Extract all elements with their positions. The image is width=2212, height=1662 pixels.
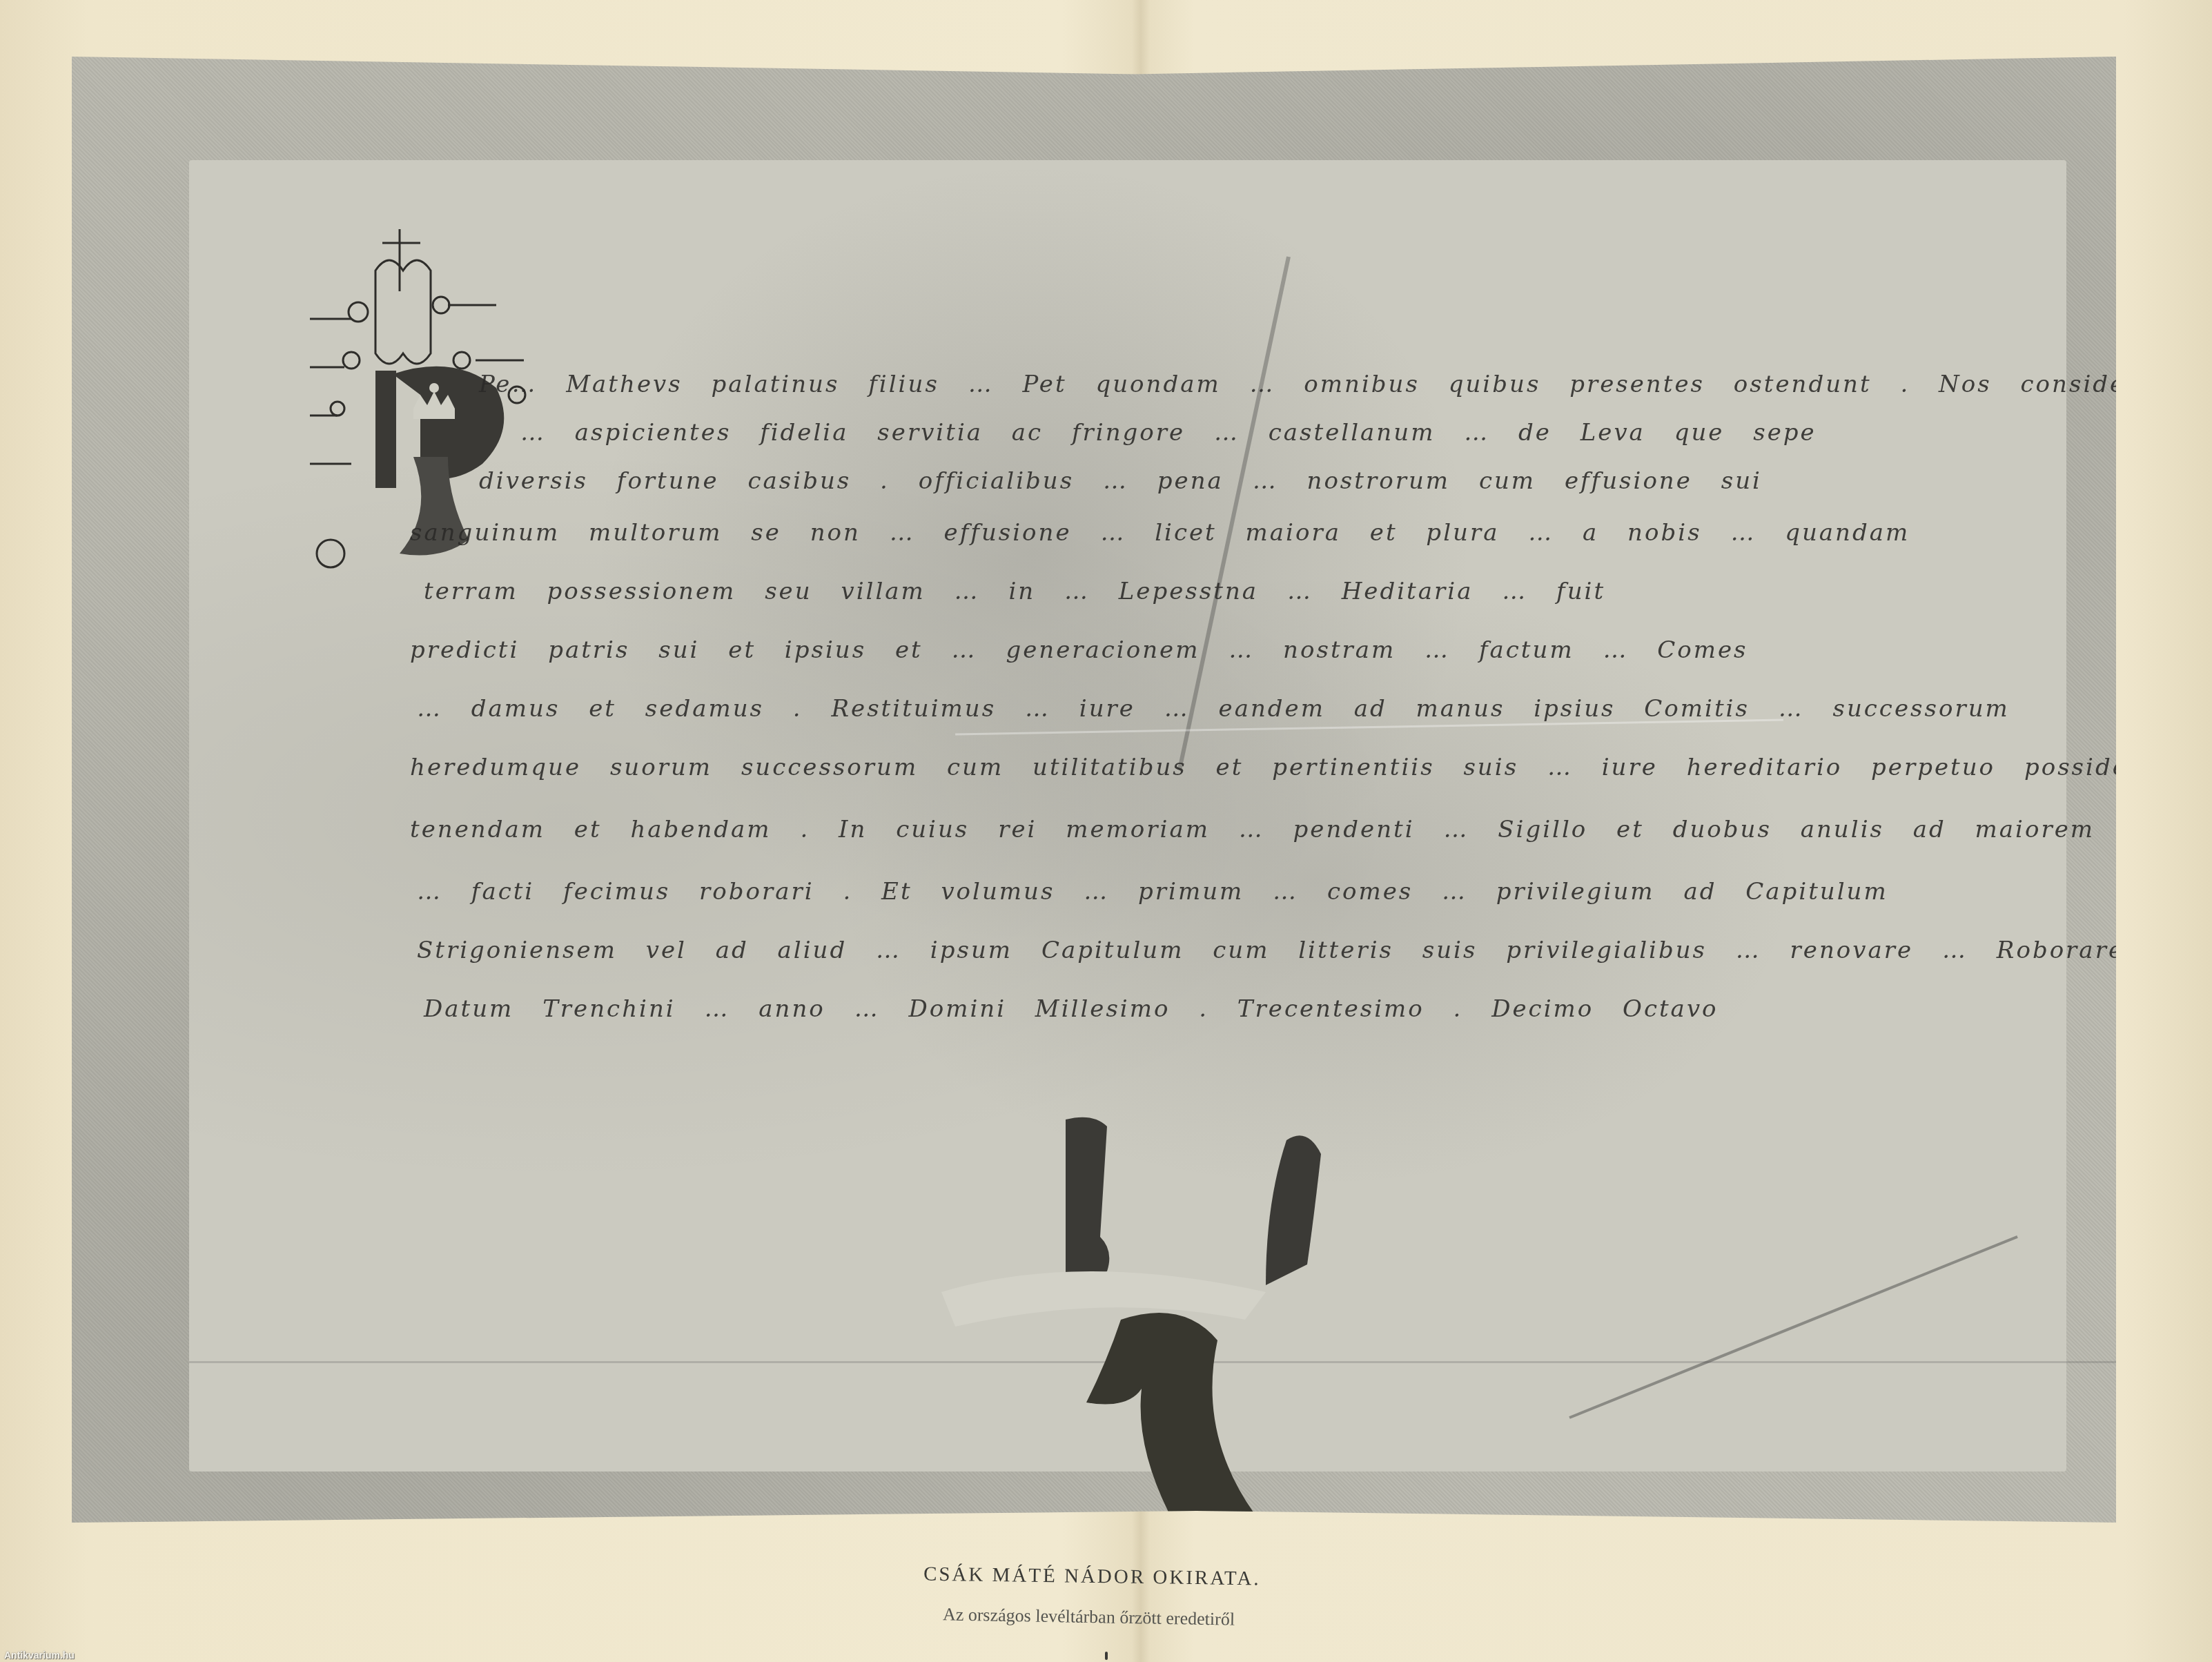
manuscript-line: Datum Trenchini … anno … Domini Millesim…	[424, 995, 1719, 1023]
manuscript-line: diversis fortune casibus . officialibus …	[479, 467, 1762, 495]
parchment-crease	[1177, 256, 1291, 770]
parchment-fold-diagonal	[1569, 1235, 2018, 1419]
manuscript-line: tenendam et habendam . In cuius rei memo…	[410, 816, 2116, 843]
manuscript-line: sanguinum multorum se non … effusione … …	[410, 519, 1910, 547]
seal-cord-icon	[803, 1113, 1369, 1523]
manuscript-line: … damus et sedamus . Restituimus … iure …	[417, 695, 2010, 723]
charter-photo-plate: Pe… Mathevs palatinus filius … Pet quond…	[72, 57, 2116, 1523]
caption-subtitle-block: Az országos levéltárban őrzött eredetirő…	[0, 1607, 2212, 1627]
manuscript-line: Strigoniensem vel ad aliud … ipsum Capit…	[417, 937, 2116, 964]
caption-block: CSÁK MÁTÉ NÁDOR OKIRATA.	[0, 1565, 2212, 1588]
watermark: Antikvarium.hu	[4, 1650, 75, 1661]
manuscript-line: heredumque suorum successorum cum utilit…	[410, 754, 2116, 781]
caption-subtitle: Az országos levéltárban őrzött eredetirő…	[943, 1604, 1235, 1630]
manuscript-line: terram possessionem seu villam … in … Le…	[424, 578, 1605, 605]
manuscript-line: predicti patris sui et ipsius et … gener…	[410, 636, 1748, 664]
manuscript-line: … facti fecimus roborari . Et volumus … …	[417, 878, 1888, 906]
caption-title: CSÁK MÁTÉ NÁDOR OKIRATA.	[923, 1563, 1261, 1591]
manuscript-line: … aspicientes fidelia servitia ac fringo…	[520, 419, 1817, 447]
page-mark	[1105, 1652, 1108, 1660]
manuscript-line: Pe… Mathevs palatinus filius … Pet quond…	[479, 371, 2116, 398]
